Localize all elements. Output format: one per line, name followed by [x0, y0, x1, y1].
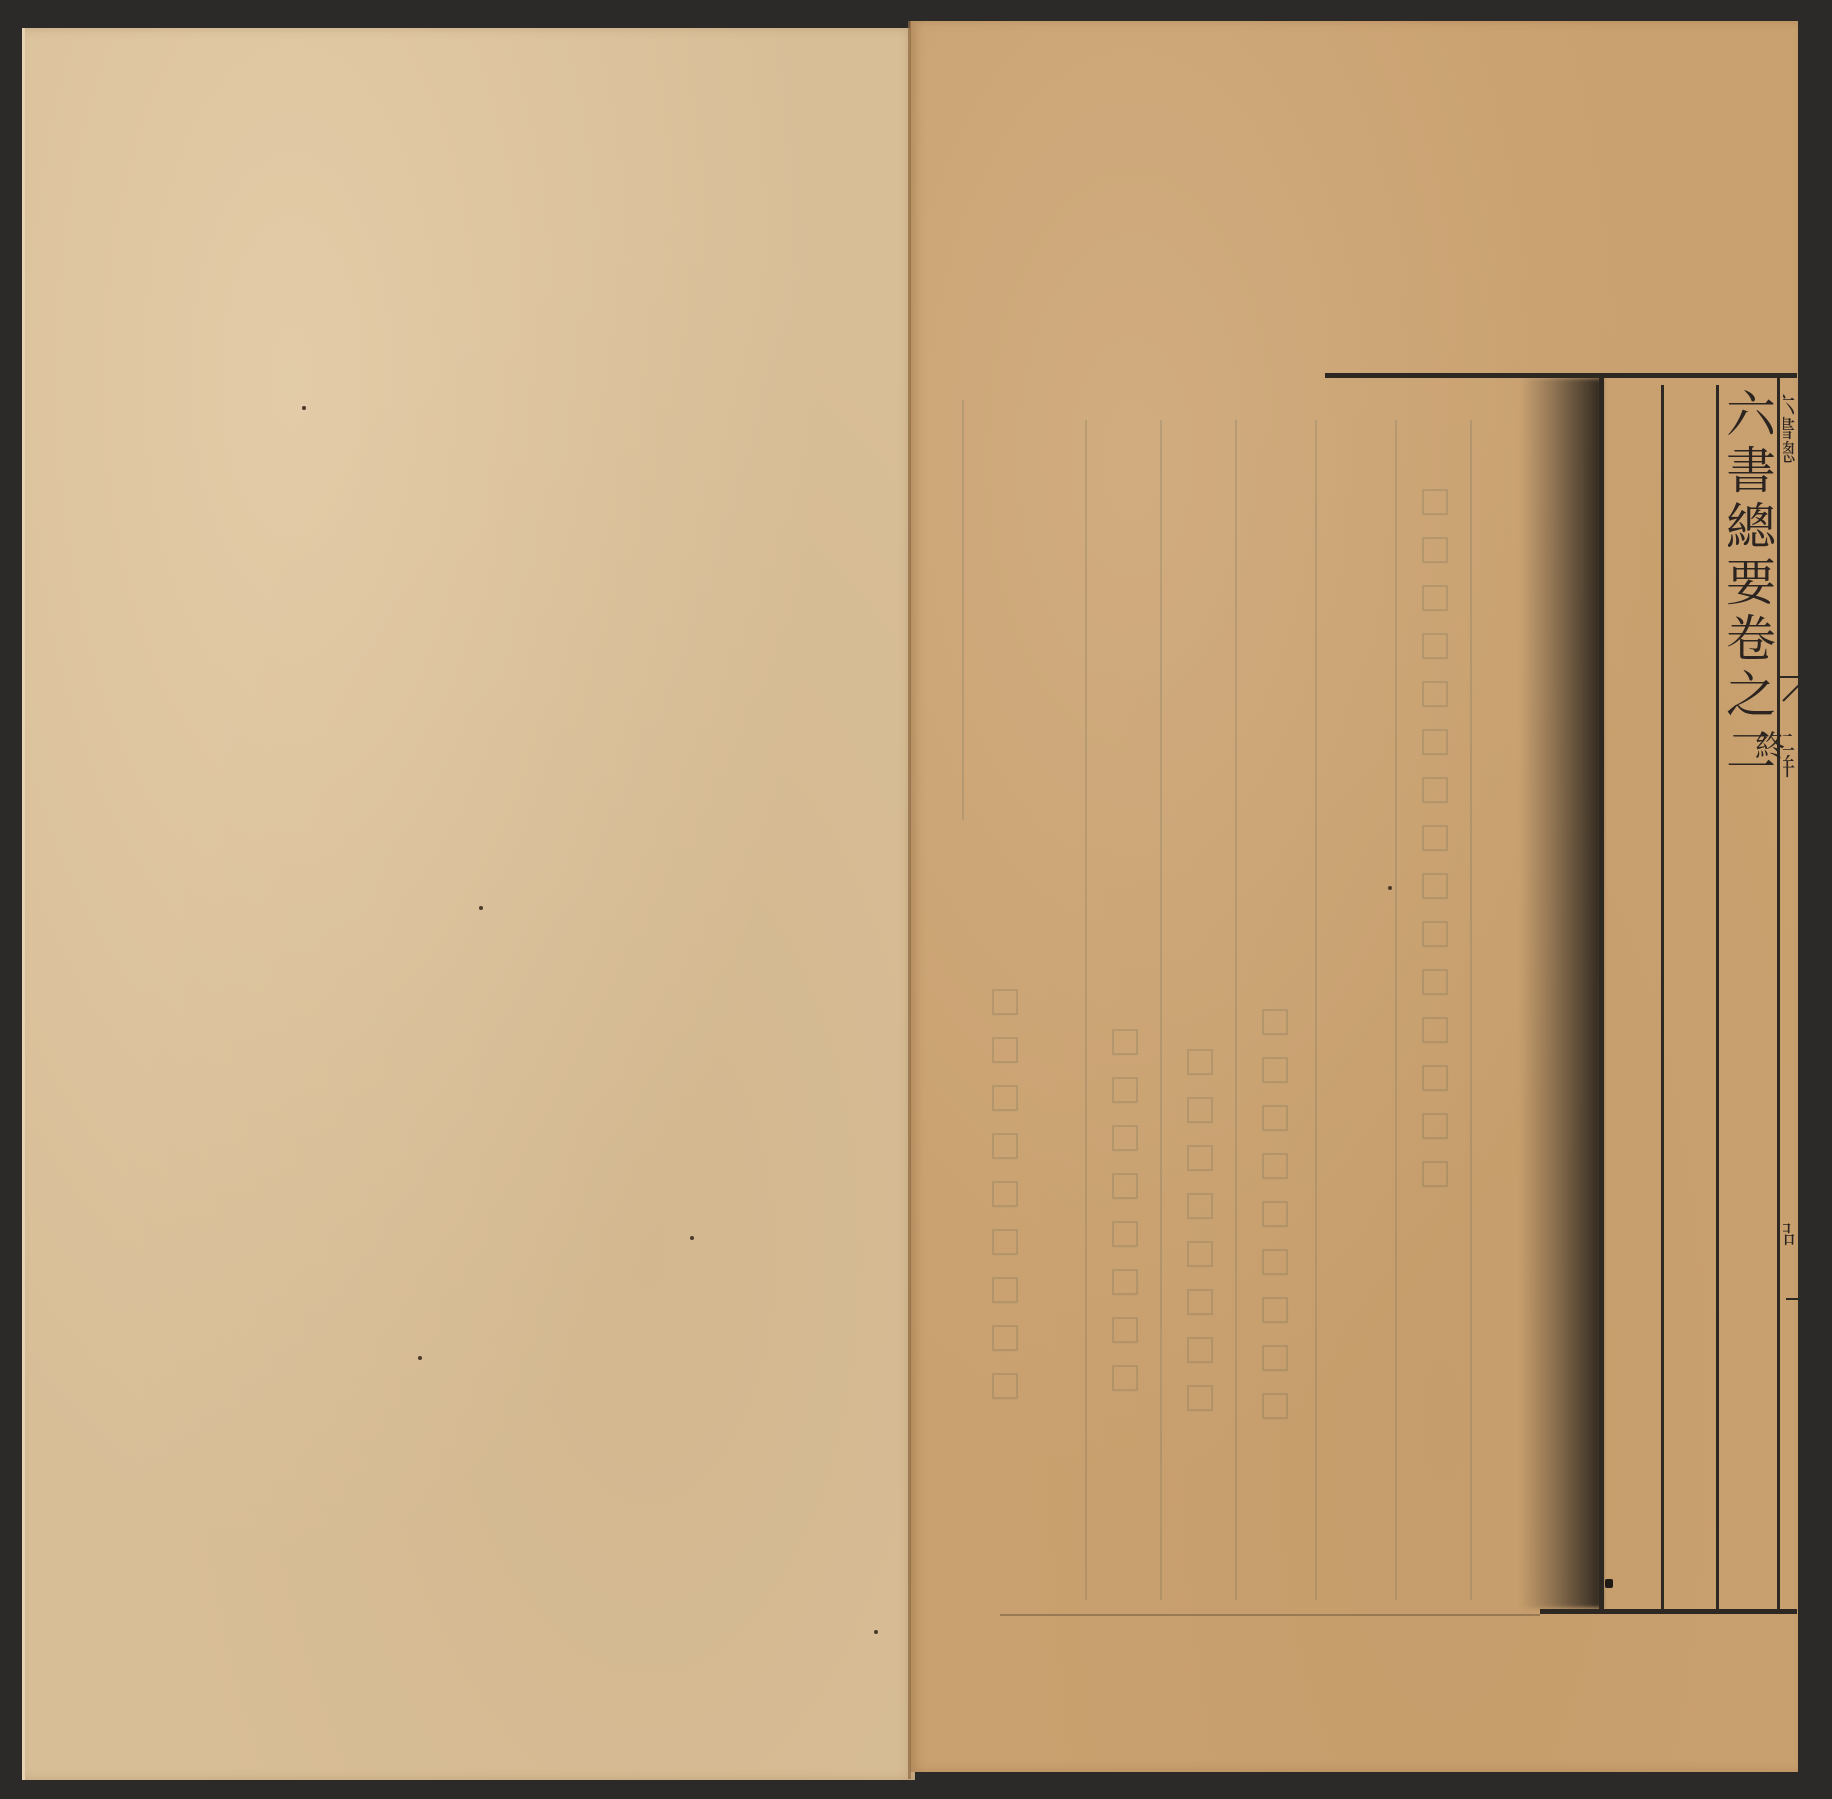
bleed-rule [1395, 420, 1397, 1600]
bleed-rule [1235, 420, 1237, 1600]
frame-left-rule [1599, 375, 1604, 1613]
fishtail-mark [1778, 676, 1798, 678]
paper-speck [418, 1356, 422, 1360]
bleed-through-text: □□□□□□□□□□□□□□□ [1415, 480, 1455, 1580]
book-spine [908, 21, 911, 1779]
bleed-rule [1160, 420, 1162, 1600]
right-page [910, 21, 1798, 1772]
paper-speck [1388, 886, 1392, 890]
bleed-rule [1470, 420, 1472, 1600]
paper-speck [690, 1236, 694, 1240]
frame-top-border [1325, 373, 1797, 378]
end-mark: 終 [1744, 730, 1788, 760]
bleed-rule [1315, 420, 1317, 1600]
bleed-rule [962, 400, 964, 820]
bleed-through-text: □□□□□□□□□ [1255, 1000, 1295, 1600]
column-rule [1661, 385, 1664, 1612]
banxin-page-number: 品 [1783, 1222, 1799, 1282]
paper-speck [479, 906, 483, 910]
bleed-rule [1085, 420, 1087, 1600]
paper-speck [874, 1630, 878, 1634]
banxin-lower-text: 二并 [1783, 730, 1799, 820]
paper-speck [302, 406, 306, 410]
banxin-bottom-mark [1786, 1298, 1798, 1300]
banxin-rule [1777, 378, 1780, 1612]
bleed-through-text: □□□□□□□□ [1105, 1020, 1145, 1600]
volume-title: 六書總要卷之二 [1718, 388, 1776, 780]
bleed-through-text: □□□□□□□□□ [985, 980, 1025, 1600]
left-page-blank [22, 28, 915, 1780]
frame-bottom-border [1540, 1609, 1797, 1614]
ink-dot [1605, 1579, 1613, 1588]
bleed-through-text: □□□□□□□□ [1180, 1040, 1220, 1600]
frame-bottom-faint [1000, 1614, 1540, 1616]
banxin-upper-text: 六書總 [1783, 392, 1799, 622]
ink-smudge [1520, 378, 1602, 1608]
